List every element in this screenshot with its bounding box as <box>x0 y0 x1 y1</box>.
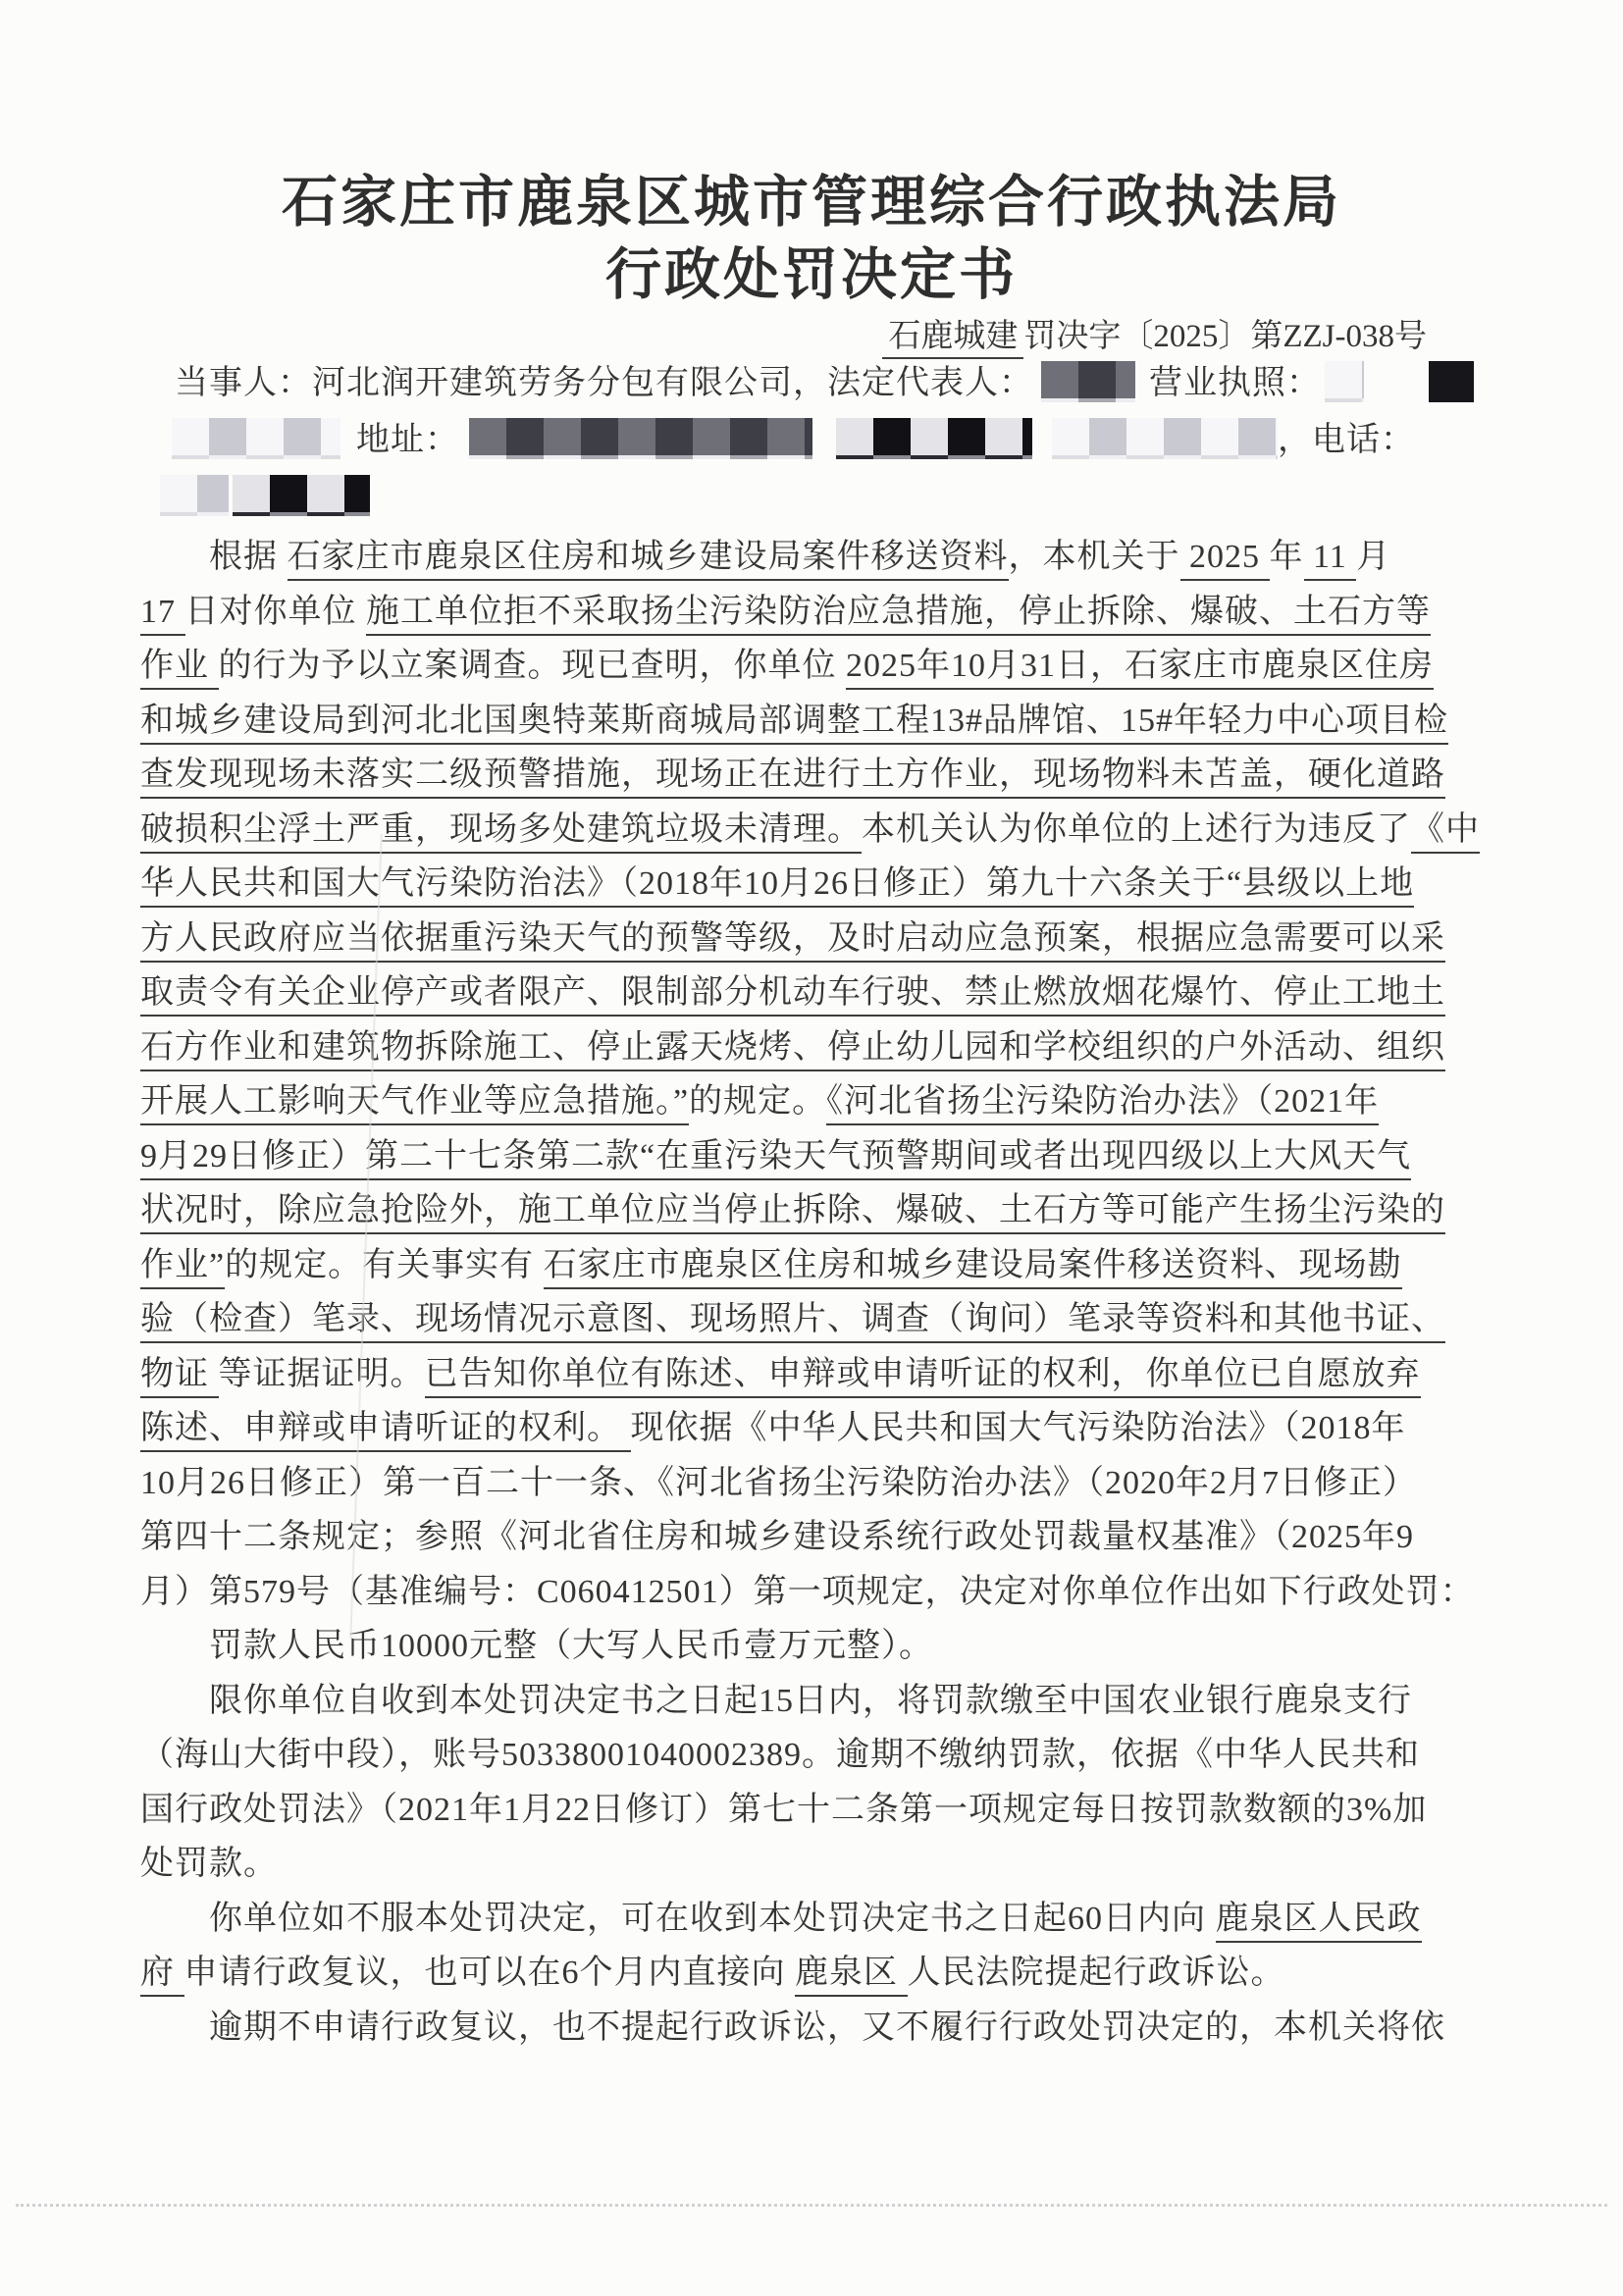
filled-blank-text: 9月29日修正）第二十七条第二款“在重污染天气预警期间或者出现四级以上大风天气 <box>140 1138 1411 1180</box>
filled-blank-text: 石家庄市鹿泉区住房和城乡建设局案件移送资料、现场勘 <box>544 1247 1402 1289</box>
body-line: 9月29日修正）第二十七条第二款“在重污染天气预警期间或者出现四级以上大风天气 <box>140 1129 1494 1184</box>
body-line: 府 申请行政复议，也可以在6个月内直接向 鹿泉区 人民法院提起行政诉讼。 <box>140 1946 1494 2001</box>
filled-blank-text: 取责令有关企业停产或者限产、限制部分机动车行驶、禁止燃放烟花爆竹、停止工地土 <box>140 974 1445 1017</box>
scan-dotted-line-artifact <box>16 2204 1607 2207</box>
redaction-mosaic-phone-1 <box>160 475 229 516</box>
body-text: 的行为予以立案调查。现已查明，你单位 <box>219 648 847 684</box>
body-text: 国行政处罚法》（2021年1月22日修订）第七十二条第一项规定每日按罚款数额的3… <box>140 1792 1427 1828</box>
filled-blank-text: 破损积尘浮土严重，现场多处建筑垃圾未清理。 <box>140 811 862 854</box>
body-line: 物证 等证据证明。已告知你单位有陈述、申辩或申请听证的权利，你单位已自愿放弃 <box>140 1347 1494 1402</box>
body-line: 逾期不申请行政复议，也不提起行政诉讼，又不履行行政处罚决定的，本机关将依 <box>140 2001 1494 2056</box>
filled-blank-text: 作业” <box>140 1247 225 1289</box>
filled-blank-text: 物证 <box>140 1356 219 1398</box>
filled-blank-text: 11 <box>1304 539 1357 581</box>
filled-blank-text: 2025 <box>1180 539 1270 581</box>
body-text: 根据 <box>209 539 288 575</box>
filled-blank-text: 状况时，除应急抢险外，施工单位应当停止拆除、爆破、土石方等可能产生扬尘污染的 <box>140 1192 1445 1234</box>
body-text: 本机关认为你单位的上述行为违反了 <box>862 811 1411 848</box>
body-text: 等证据证明。 <box>219 1356 425 1392</box>
party-line-2: 地址：，电话： <box>140 412 1494 469</box>
address-label: 地址： <box>356 422 459 458</box>
body-text: ，本机关于 <box>1009 539 1180 575</box>
redaction-mosaic-license-2 <box>1429 361 1474 402</box>
filled-blank-text: 方人民政府应当依据重污染天气的预警等级，及时启动应急预案，根据应急需要可以采 <box>140 920 1445 963</box>
body-text: 现依据《中华人民共和国大气污染防治法》（2018年 <box>631 1410 1406 1446</box>
body-text: 日对你单位 <box>185 594 367 630</box>
party-line-1: 当事人：河北润开建筑劳务分包有限公司，法定代表人：营业执照： <box>140 355 1494 412</box>
body-line: 处罚款。 <box>140 1837 1494 1892</box>
body-line: 限你单位自收到本处罚决定书之日起15日内，将罚款缴至中国农业银行鹿泉支行 <box>140 1674 1494 1729</box>
body-text: 年 <box>1270 539 1304 575</box>
body-text: 第四十二条规定；参照《河北省住房和城乡建设系统行政处罚裁量权基准》（2025年9 <box>140 1519 1414 1555</box>
body-line: 17 日对你单位 施工单位拒不采取扬尘污染防治应急措施，停止拆除、爆破、土石方等 <box>140 585 1494 640</box>
document-number-rest: 罚决字〔2025〕第ZZJ-038号 <box>1023 319 1427 354</box>
redaction-mosaic-license-3 <box>172 418 340 459</box>
body-line: 第四十二条规定；参照《河北省住房和城乡建设系统行政处罚裁量权基准》（2025年9 <box>140 1510 1494 1565</box>
filled-blank-text: 石方作业和建筑物拆除施工、停止露天烧烤、停止幼儿园和学校组织的户外活动、组织 <box>140 1029 1445 1071</box>
party-info-block: 当事人：河北润开建筑劳务分包有限公司，法定代表人：营业执照： 地址：，电话： <box>140 355 1494 526</box>
redaction-mosaic-address-2 <box>836 418 1032 459</box>
filled-blank-text: 已告知你单位有陈述、申辩或申请听证的权利，你单位已自愿放弃 <box>425 1356 1421 1398</box>
body-text: 月）第579号（基准编号：C060412501）第一项规定，决定对你单位作出如下… <box>140 1574 1475 1610</box>
body-line: 方人民政府应当依据重污染天气的预警等级，及时启动应急预案，根据应急需要可以采 <box>140 912 1494 966</box>
body-text: 的规定。有关事实有 <box>225 1247 544 1283</box>
filled-blank-text: 鹿泉区 <box>795 1955 908 1997</box>
filled-blank-text: 和城乡建设局到河北北国奥特莱斯商城局部调整工程13#品牌馆、15#年轻力中心项目… <box>140 703 1448 745</box>
body-line: 查发现现场未落实二级预警措施，现场正在进行土方作业，现场物料未苫盖，硬化道路 <box>140 748 1494 803</box>
scanned-document-page: 石家庄市鹿泉区城市管理综合行政执法局 行政处罚决定书 石鹿城建罚决字〔2025〕… <box>0 0 1623 2296</box>
redaction-mosaic-address-1 <box>469 418 812 459</box>
body-line: 破损积尘浮土严重，现场多处建筑垃圾未清理。本机关认为你单位的上述行为违反了《中 <box>140 803 1494 858</box>
phone-label: ，电话： <box>1278 422 1415 458</box>
body-line: 作业”的规定。有关事实有 石家庄市鹿泉区住房和城乡建设局案件移送资料、现场勘 <box>140 1238 1494 1293</box>
body-text: 10月26日修正）第一百二十一条、《河北省扬尘污染防治办法》（2020年2月7日… <box>140 1465 1417 1501</box>
filled-blank-text: 鹿泉区人民政 <box>1216 1901 1422 1943</box>
body-text: 限你单位自收到本处罚决定书之日起15日内，将罚款缴至中国农业银行鹿泉支行 <box>209 1683 1412 1719</box>
filled-blank-text: 开展人工影响天气作业等应急措施。” <box>140 1083 689 1125</box>
filled-blank-text: 查发现现场未落实二级预警措施，现场正在进行土方作业，现场物料未苫盖，硬化道路 <box>140 757 1445 799</box>
body-line: （海山大街中段），账号50338001040002389。逾期不缴纳罚款，依据《… <box>140 1728 1494 1783</box>
redaction-mosaic-address-3 <box>1052 418 1278 459</box>
body-line: 国行政处罚法》（2021年1月22日修订）第七十二条第一项规定每日按罚款数额的3… <box>140 1783 1494 1838</box>
body-text: 罚款人民币10000元整（大写人民币壹万元整）。 <box>209 1628 933 1664</box>
body-text: 月 <box>1356 539 1390 575</box>
body-line: 陈述、申辩或申请听证的权利。 现依据《中华人民共和国大气污染防治法》（2018年 <box>140 1401 1494 1456</box>
body-line: 10月26日修正）第一百二十一条、《河北省扬尘污染防治办法》（2020年2月7日… <box>140 1456 1494 1511</box>
body-text: 的规定。 <box>689 1083 826 1120</box>
body-text: 逾期不申请行政复议，也不提起行政诉讼，又不履行行政处罚决定的，本机关将依 <box>209 2009 1445 2046</box>
body-line: 状况时，除应急抢险外，施工单位应当停止拆除、爆破、土石方等可能产生扬尘污染的 <box>140 1183 1494 1238</box>
filled-blank-text: 陈述、申辩或申请听证的权利。 <box>140 1410 631 1452</box>
redaction-mosaic-license-1 <box>1325 361 1364 402</box>
filled-blank-text: 验（检查）笔录、现场情况示意图、现场照片、调查（询问）笔录等资料和其他书证、 <box>140 1301 1445 1343</box>
document-number: 石鹿城建罚决字〔2025〕第ZZJ-038号 <box>882 310 1427 356</box>
body-line: 月）第579号（基准编号：C060412501）第一项规定，决定对你单位作出如下… <box>140 1565 1494 1620</box>
filled-blank-text: 作业 <box>140 648 219 690</box>
body-line: 开展人工影响天气作业等应急措施。”的规定。《河北省扬尘污染防治办法》（2021年 <box>140 1074 1494 1129</box>
license-label: 营业执照： <box>1149 365 1321 401</box>
body-text: （海山大街中段），账号50338001040002389。逾期不缴纳罚款，依据《… <box>140 1737 1420 1773</box>
body-text: 人民法院提起行政诉讼。 <box>908 1955 1285 1991</box>
filled-blank-text: 《中 <box>1411 811 1480 854</box>
filled-blank-text: 施工单位拒不采取扬尘污染防治应急措施，停止拆除、爆破、土石方等 <box>366 594 1431 636</box>
body-line: 和城乡建设局到河北北国奥特莱斯商城局部调整工程13#品牌馆、15#年轻力中心项目… <box>140 694 1494 749</box>
body-line: 罚款人民币10000元整（大写人民币壹万元整）。 <box>140 1619 1494 1674</box>
filled-blank-text: 《河北省扬尘污染防治办法》（2021年 <box>826 1083 1379 1125</box>
filled-blank-text: 府 <box>140 1955 184 1997</box>
party-line-3 <box>140 469 1494 526</box>
party-name-text: 当事人：河北润开建筑劳务分包有限公司，法定代表人： <box>175 365 1033 401</box>
body-lines: 根据 石家庄市鹿泉区住房和城乡建设局案件移送资料，本机关于 2025 年 11 … <box>140 530 1494 2055</box>
body-line: 你单位如不服本处罚决定，可在收到本处罚决定书之日起60日内向 鹿泉区人民政 <box>140 1892 1494 1947</box>
body-line: 根据 石家庄市鹿泉区住房和城乡建设局案件移送资料，本机关于 2025 年 11 … <box>140 530 1494 585</box>
filled-blank-text: 17 <box>140 594 185 636</box>
body-line: 验（检查）笔录、现场情况示意图、现场照片、调查（询问）笔录等资料和其他书证、 <box>140 1292 1494 1347</box>
body-text: 你单位如不服本处罚决定，可在收到本处罚决定书之日起60日内向 <box>209 1901 1216 1937</box>
body-text: 申请行政复议，也可以在6个月内直接向 <box>184 1955 796 1991</box>
body-line: 作业 的行为予以立案调查。现已查明，你单位 2025年10月31日，石家庄市鹿泉… <box>140 639 1494 694</box>
body-line: 华人民共和国大气污染防治法》（2018年10月26日修正）第九十六条关于“县级以… <box>140 857 1494 912</box>
body-text: 处罚款。 <box>140 1846 278 1882</box>
filled-blank-text: 石家庄市鹿泉区住房和城乡建设局案件移送资料 <box>288 539 1009 581</box>
document-title-type: 行政处罚决定书 <box>0 230 1623 310</box>
document-title-agency: 石家庄市鹿泉区城市管理综合行政执法局 <box>0 157 1623 237</box>
filled-blank-text: 2025年10月31日，石家庄市鹿泉区住房 <box>846 648 1434 690</box>
document-number-prefix: 石鹿城建 <box>882 319 1023 359</box>
redaction-mosaic-legal-rep <box>1041 361 1135 402</box>
body-line: 石方作业和建筑物拆除施工、停止露天烧烤、停止幼儿园和学校组织的户外活动、组织 <box>140 1020 1494 1075</box>
filled-blank-text: 华人民共和国大气污染防治法》（2018年10月26日修正）第九十六条关于“县级以… <box>140 865 1414 908</box>
body-line: 取责令有关企业停产或者限产、限制部分机动车行驶、禁止燃放烟花爆竹、停止工地土 <box>140 965 1494 1020</box>
redaction-mosaic-phone-2 <box>233 475 370 516</box>
